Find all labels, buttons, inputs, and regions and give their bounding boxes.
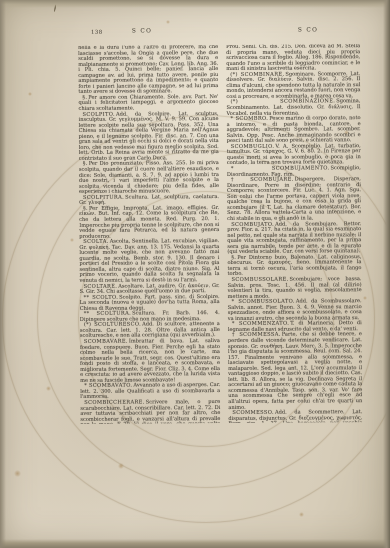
foxing-spot: [299, 512, 304, 517]
dictionary-entry: SCOLPITO.Add. da Scolpire. Lat. sculptus…: [79, 112, 219, 163]
entry-text: Dispergere, Disperare, Disordinare, Porr…: [227, 176, 361, 222]
column-left: nella e la dura l'uno a l'altro di profe…: [78, 45, 220, 424]
foxing-spot: [70, 238, 74, 242]
page-edge-left: [0, 0, 6, 548]
dictionary-entry: §.Per Effigie, Impronta. Lat. imago, eff…: [79, 206, 219, 240]
dictionary-entry: SCOLTA.Ascolta, Sentinella. Lat. excubia…: [79, 239, 219, 284]
entry-text: Per Dintorno buio, Balenato. Lat. caligi…: [227, 254, 361, 277]
dictionary-entry: † SCOMBUJARE.Dispergere, Disperare, Diso…: [227, 177, 361, 222]
dictionary-entry: SCOMBICCHERARE.Scrivere male, o pure sca…: [80, 400, 220, 424]
hair-artifact: [54, 0, 57, 12]
entry-text: Per Dio pronunziato, Fisso. Ass. 255. Io…: [79, 160, 219, 195]
dictionary-entry: * SCOMBUSSOLATO.Add. da Scombussolare. S…: [228, 299, 362, 322]
dictionary-entry: SCOMBUSSOLARE.Scombujare; voce bassa. Sa…: [228, 277, 362, 300]
entry-text: nella e la dura l'uno a l'altro di profe…: [78, 45, 218, 95]
dictionary-entry: §.Per Dintorno buio, Balenato. Lat. cali…: [227, 255, 361, 278]
paper-background: 138 S CO S CO nella e la dura l'uno a l'…: [0, 0, 390, 548]
entry-text: Per amore con Chiaramente. Sole. avv. Pa…: [78, 94, 218, 112]
entry-text: Per Effigie, Impronta. Lat. imago, effig…: [79, 205, 219, 240]
foxing-spot: [46, 386, 51, 391]
dictionary-entry: nella e la dura l'uno a l'altro di profe…: [78, 45, 218, 96]
foxing-spot: [363, 296, 367, 300]
dictionary-entry: SCOMBUGLIO.V. A. Scompiglio. Lat. turbat…: [227, 144, 361, 167]
page-content: 138 S CO S CO nella e la dura l'uno a l'…: [78, 27, 362, 29]
entry-text: Imbrattar di bava. Lat. saliva foedare, …: [80, 338, 220, 384]
page-number: 138: [91, 30, 103, 36]
dictionary-entry: SCOMMESSO.Add. da Scommettere. Lat. disp…: [228, 410, 362, 423]
entry-text: Prou. Senil. Ch. dis. 215. Don. diceva a…: [226, 44, 360, 72]
dictionary-entry: Prou. Senil. Ch. dis. 215. Don. diceva a…: [226, 44, 360, 73]
dictionary-entry: † SCOMMESSA.Parte, che si debbe tenere, …: [228, 333, 362, 411]
dictionary-entry: §.Per Dio pronunziato, Fisso. Ass. 255. …: [79, 161, 219, 195]
page-edge-bottom: [0, 539, 390, 548]
page-edge-top: [0, 0, 390, 8]
entry-text: Parte, che si debbe tenere, e perdere da…: [228, 332, 362, 411]
dictionary-entry: (*) SCOMBINARE.Sgominare, Scomporre. Lat…: [226, 72, 360, 101]
dictionary-entry: SCOMBAVARE.Imbrattar di bava. Lat. saliv…: [80, 339, 220, 384]
foxing-spot: [28, 92, 32, 96]
foxing-spot: [166, 20, 170, 24]
entry-text: Ascolta, Sentinella. Lat. excubiae, vigi…: [79, 238, 219, 284]
column-right: Prou. Senil. Ch. dis. 215. Don. diceva a…: [226, 44, 362, 423]
dictionary-entry: SCOMBUJATO.Add. da Scombujare. Rettor. p…: [227, 222, 361, 256]
foxing-spot: [14, 470, 21, 477]
running-title-left: S CO: [114, 28, 170, 34]
dictionary-entry: * SCOMBRO.Pesce marino di corpo dorato, …: [227, 116, 361, 145]
scanned-book-page: { "page": { "number": "138", "running_ti…: [0, 0, 390, 548]
running-title-right: S CO: [280, 27, 336, 33]
foxing-spot: [118, 463, 124, 469]
entry-text: Add. da Scolpire. Lat. sculptus, insculp…: [79, 111, 219, 162]
